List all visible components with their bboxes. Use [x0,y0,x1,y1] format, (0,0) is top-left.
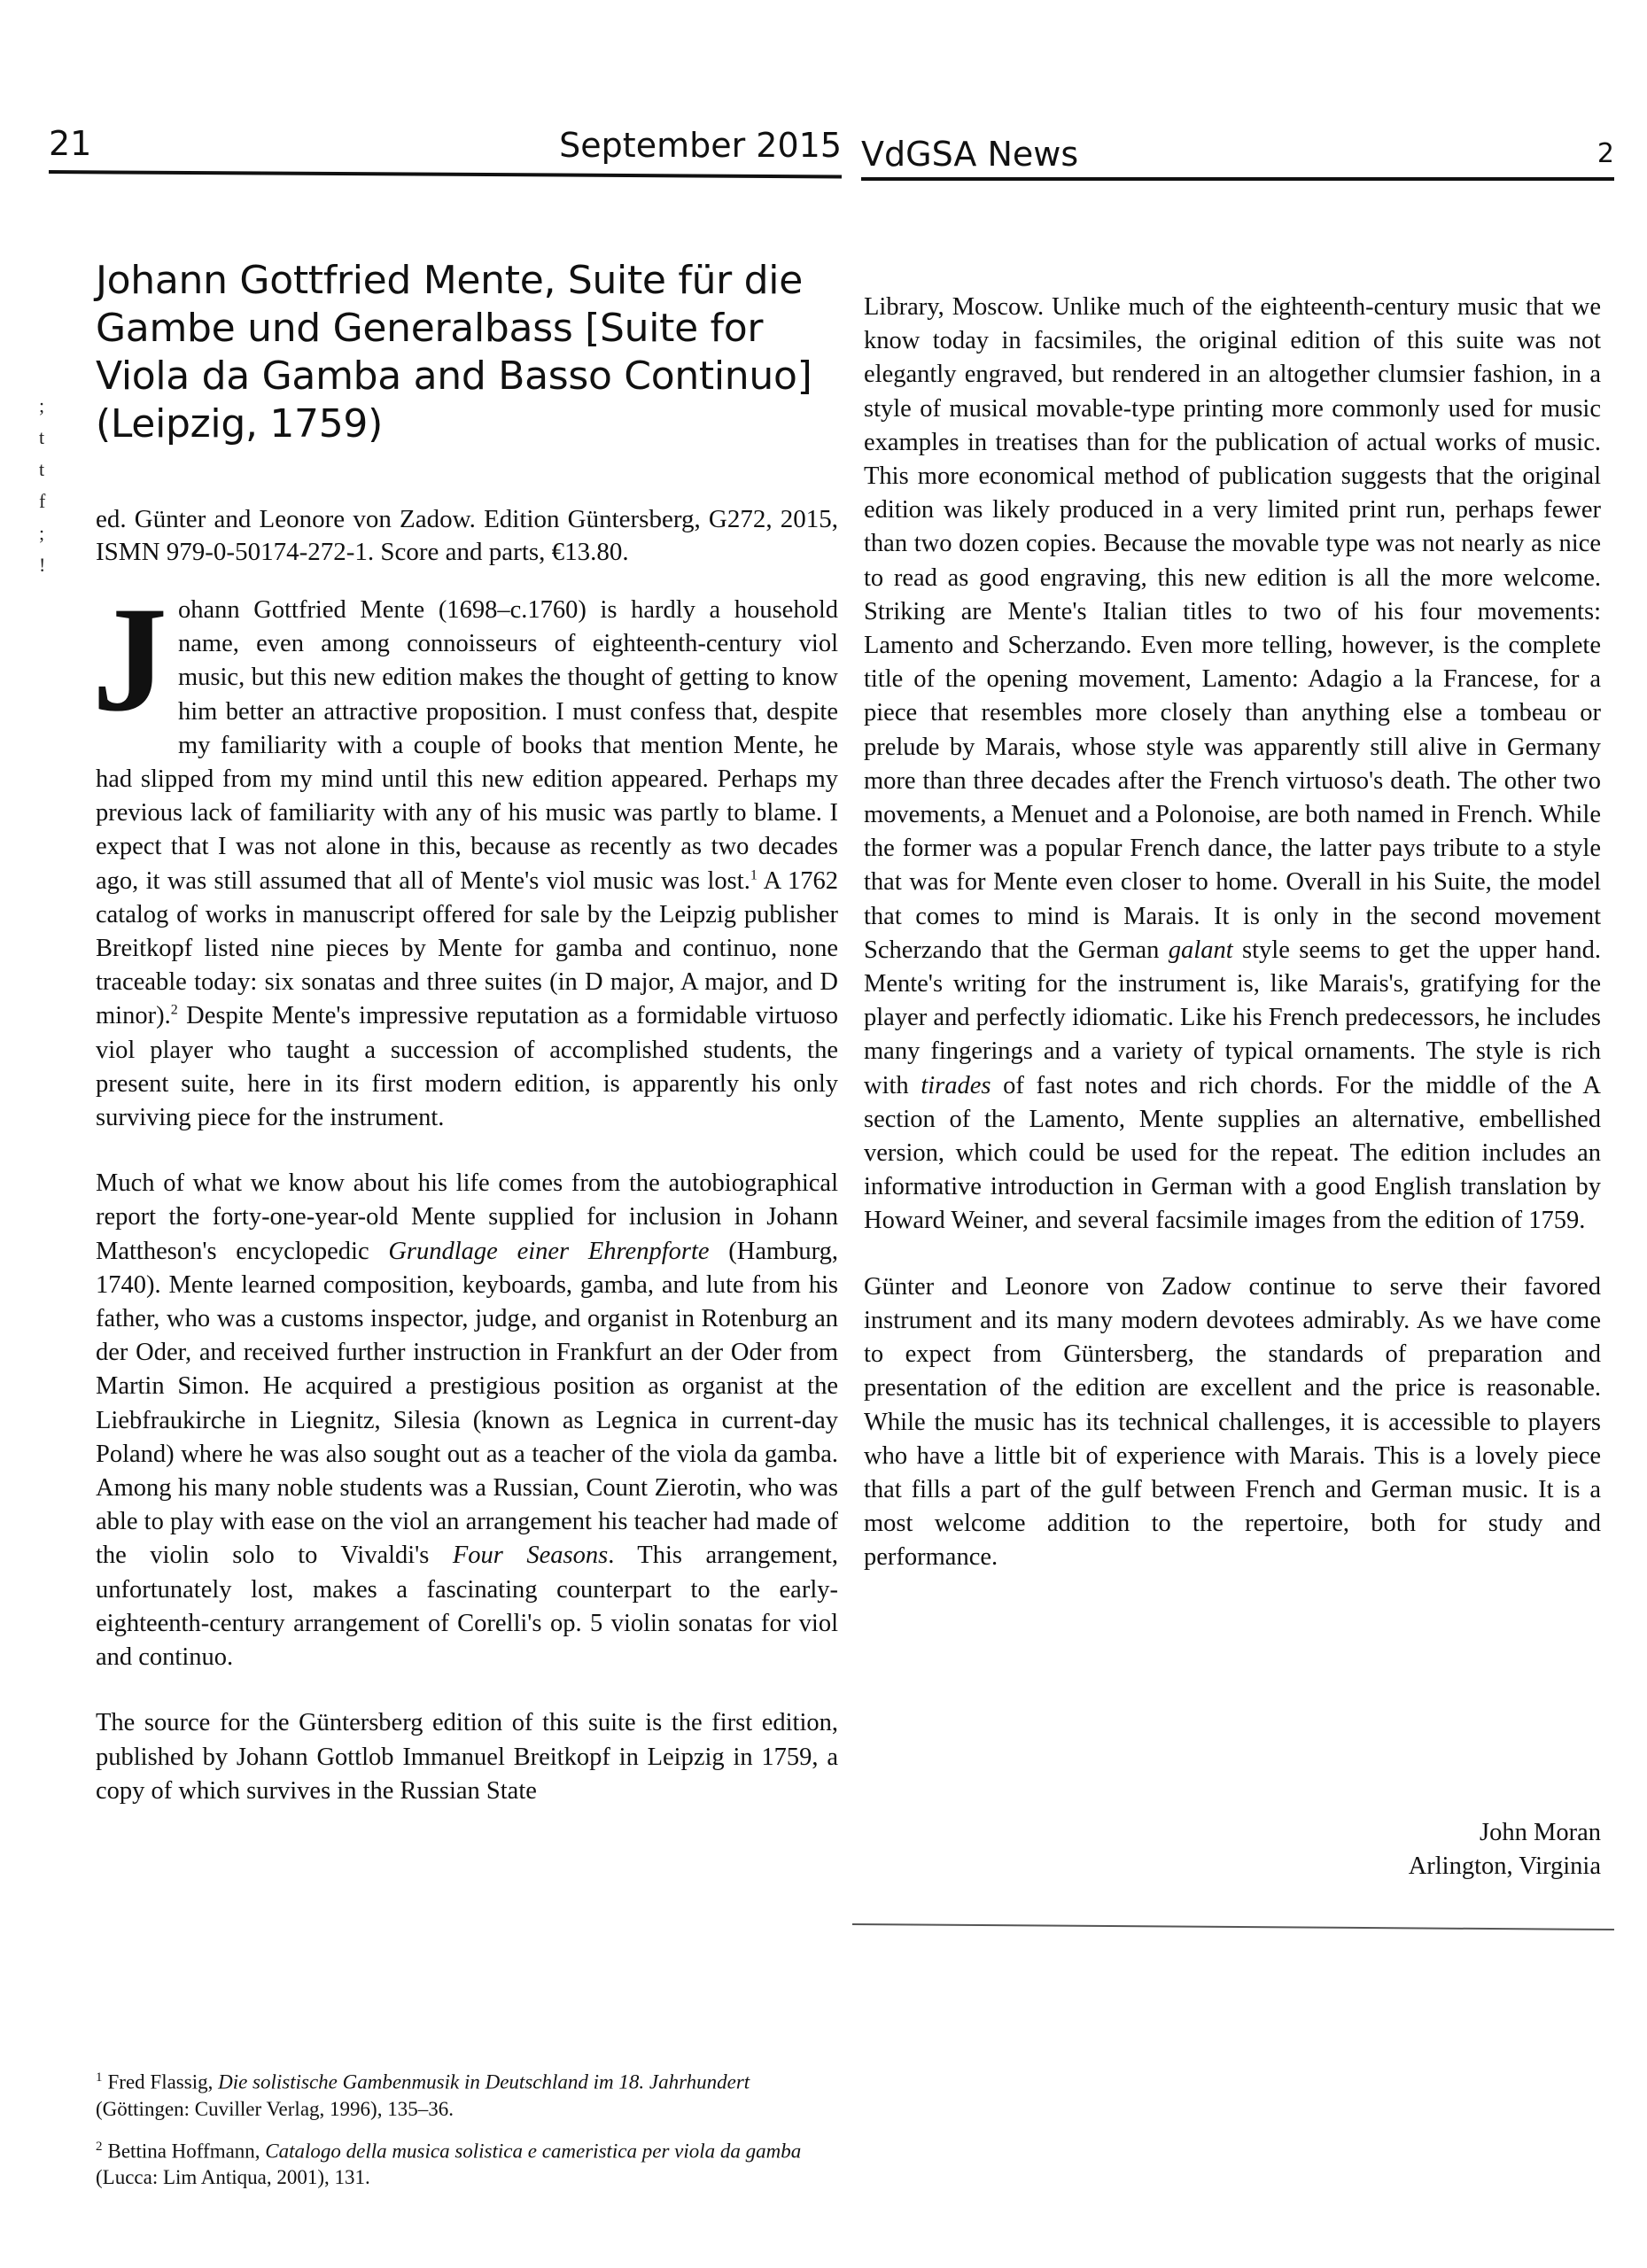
margin-scan-fragments: ; t t f ; ! [39,390,57,581]
footnote-ref-1[interactable]: 1 [750,867,757,882]
review-title: Johann Gottfried Mente, Suite für die Ga… [96,257,838,448]
italic-term: galant [1169,936,1233,964]
left-column: Johann Gottfried Mente, Suite für die Ga… [96,257,838,1808]
margin-fragment: ; [39,517,57,549]
author-location: Arlington, Virginia [1409,1850,1601,1884]
facing-page-number-fragment: 2 [1597,138,1614,169]
footnote-italic-title: Catalogo della musica solistica e cameri… [265,2140,801,2162]
footnote-ref-2[interactable]: 2 [171,1003,178,1018]
paragraph-source-continued: Library, Moscow. Unlike much of the eigh… [864,291,1601,1239]
footnote-italic-title: Die solistische Gambenmusik in Deutschla… [218,2071,750,2093]
header-rule-left [49,170,842,178]
drop-cap: J [92,594,167,730]
author-name: John Moran [1409,1816,1601,1850]
publication-title: VdGSA News [861,135,1078,174]
footnote-text: Bettina Hoffmann, [108,2140,266,2162]
paragraph-text: ohann Gottfried Mente (1698–c.1760) is h… [96,596,838,895]
running-header-left: 21 September 2015 [49,124,842,177]
footnote-text: (Lucca: Lim Antiqua, 2001), 131. [96,2166,370,2188]
footnote-1: 1Fred Flassig, Die solistische Gambenmus… [96,2064,838,2123]
review-signature: John Moran Arlington, Virginia [1409,1816,1601,1884]
margin-fragment: f [39,485,57,517]
footnote-text: (Göttingen: Cuviller Verlag, 1996), 135–… [96,2098,454,2120]
italic-title: Four Seasons [453,1542,608,1569]
footnotes: 1Fred Flassig, Die solistische Gambenmus… [96,2064,838,2202]
italic-title: Grundlage einer Ehrenpforte [388,1238,709,1265]
issue-date: September 2015 [559,126,842,165]
header-rule-right [861,177,1614,181]
paragraph-text: Despite Mente's impressive reputation as… [96,1002,838,1131]
paragraph-text: Library, Moscow. Unlike much of the eigh… [864,293,1601,964]
margin-fragment: t [39,422,57,454]
footnote-number: 2 [96,2140,103,2154]
paragraph-biography: Much of what we know about his life come… [96,1167,838,1674]
paragraph-text: The source for the Güntersberg edition o… [96,1709,838,1804]
margin-fragment: ; [39,390,57,422]
paragraph-text: (Hamburg, 1740). Mente learned compositi… [96,1238,838,1570]
footnote-2: 2Bettina Hoffmann, Catalogo della musica… [96,2133,838,2192]
margin-fragment: t [39,454,57,485]
paragraph-intro: Johann Gottfried Mente (1698–c.1760) is … [96,594,838,1135]
paragraph-conclusion: Günter and Leonore von Zadow continue to… [864,1270,1601,1575]
margin-fragment: ! [39,549,57,581]
section-end-rule [852,1923,1614,1930]
footnote-text: Fred Flassig, [108,2071,219,2093]
italic-term: tirades [921,1072,991,1099]
paragraph-source-start: The source for the Güntersberg edition o… [96,1706,838,1808]
right-column: Library, Moscow. Unlike much of the eigh… [864,291,1601,1575]
bibliographic-info: ed. Günter and Leonore von Zadow. Editio… [96,503,838,569]
footnote-number: 1 [96,2070,103,2085]
running-header-right: VdGSA News 2 [861,135,1614,188]
page-number: 21 [49,124,91,163]
